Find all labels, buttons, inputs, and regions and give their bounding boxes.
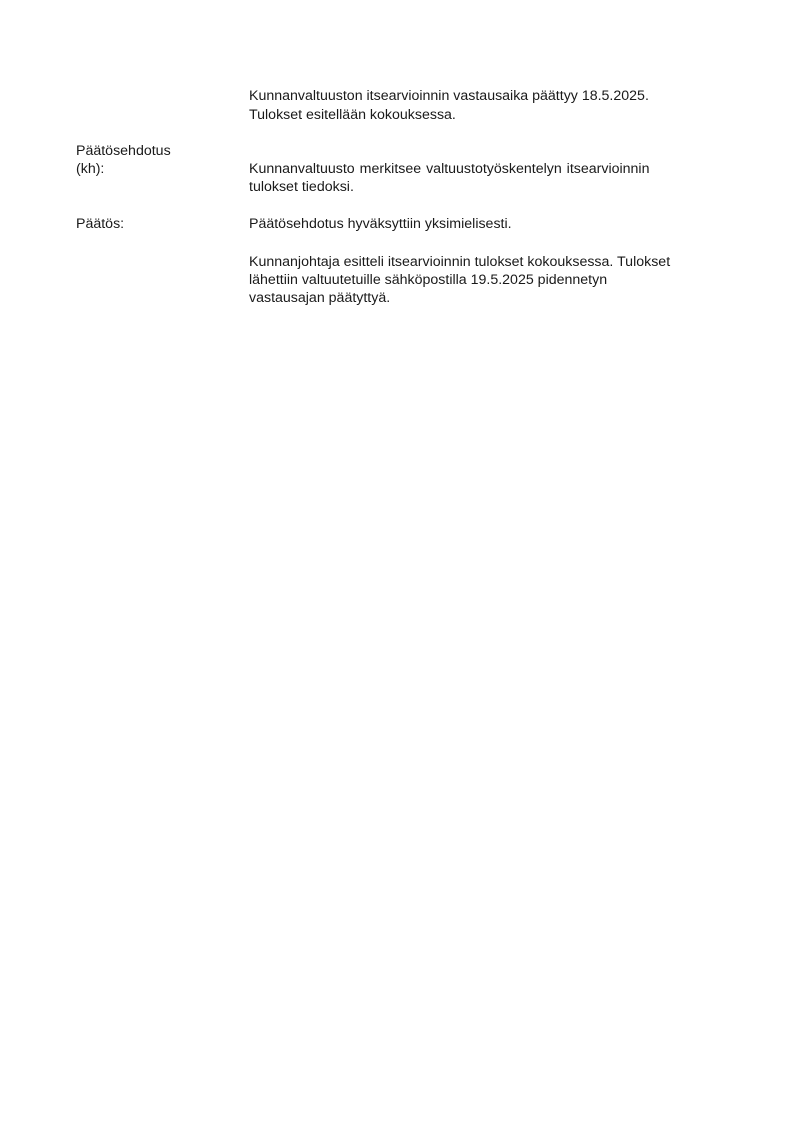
- proposal-label-suffix: (kh):: [76, 160, 104, 178]
- intro-line: Tulokset esitellään kokouksessa.: [249, 106, 456, 124]
- decision-label: Päätös:: [76, 215, 124, 233]
- intro-line: Kunnanvaltuuston itsearvioinnin vastausa…: [249, 87, 649, 105]
- proposal-line: tulokset tiedoksi.: [249, 178, 354, 196]
- proposal-line: Kunnanvaltuusto merkitsee valtuustotyösk…: [249, 160, 649, 178]
- proposal-label: Päätösehdotus: [76, 142, 171, 160]
- decision-note-line: Kunnanjohtaja esitteli itsearvioinnin tu…: [249, 253, 670, 271]
- decision-line: Päätösehdotus hyväksyttiin yksimielisest…: [249, 215, 512, 233]
- decision-note-line: lähettiin valtuutetuille sähköpostilla 1…: [249, 271, 607, 289]
- decision-note-line: vastausajan päätyttyä.: [249, 289, 390, 307]
